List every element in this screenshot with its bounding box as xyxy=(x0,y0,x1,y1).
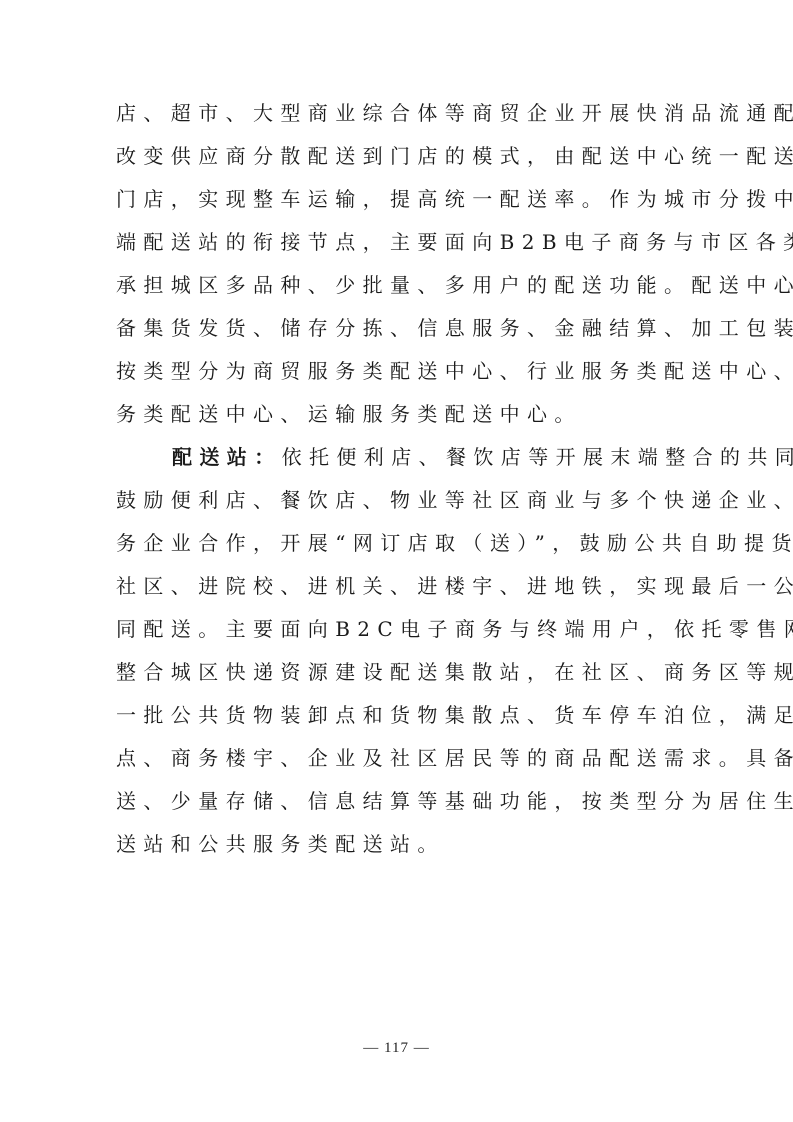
text-line: 同配送。主要面向B2C电子商务与终端用户，依托零售网点， xyxy=(116,608,678,651)
text-line: 点、商务楼宇、企业及社区居民等的商品配送需求。具备集货配 xyxy=(116,737,678,780)
text-line: 店、超市、大型商业综合体等商贸企业开展快消品流通配送服务。 xyxy=(116,92,678,135)
text-line: 社区、进院校、进机关、进楼宇、进地铁，实现最后一公里的共 xyxy=(116,565,678,608)
text-line: 门店，实现整车运输，提高统一配送率。作为城市分拨中心和末 xyxy=(116,178,678,221)
section-first-line: 依托便利店、餐饮店等开展末端整合的共同配送。 xyxy=(282,445,793,469)
text-line: 端配送站的衔接节点，主要面向B2B电子商务与市区各类企业， xyxy=(116,221,678,264)
text-line: 务企业合作，开展“网订店取（送）”，鼓励公共自助提货柜进 xyxy=(116,522,678,565)
section-heading-line: 配送站：依托便利店、餐饮店等开展末端整合的共同配送。 xyxy=(116,436,678,479)
text-line: 送站和公共服务类配送站。 xyxy=(116,823,678,866)
text-line: 承担城区多品种、少批量、多用户的配送功能。配送中心主要具 xyxy=(116,264,678,307)
text-line: 备集货发货、储存分拣、信息服务、金融结算、加工包装等功能， xyxy=(116,307,678,350)
text-line: 鼓励便利店、餐饮店、物业等社区商业与多个快递企业、电子商 xyxy=(116,479,678,522)
text-line: 务类配送中心、运输服务类配送中心。 xyxy=(116,393,678,436)
document-page: 店、超市、大型商业综合体等商贸企业开展快消品流通配送服务。 改变供应商分散配送到… xyxy=(0,0,793,1122)
text-line: 按类型分为商贸服务类配送中心、行业服务类配送中心、工业服 xyxy=(116,350,678,393)
text-line: 整合城区快递资源建设配送集散站，在社区、商务区等规划设置 xyxy=(116,651,678,694)
text-line: 一批公共货物装卸点和货物集散点、货车停车泊位，满足商业网 xyxy=(116,694,678,737)
text-line: 改变供应商分散配送到门店的模式，由配送中心统一配送至末端 xyxy=(116,135,678,178)
section-heading: 配送站： xyxy=(172,445,282,469)
text-line: 送、少量存储、信息结算等基础功能，按类型分为居住生活类配 xyxy=(116,780,678,823)
body-text: 店、超市、大型商业综合体等商贸企业开展快消品流通配送服务。 改变供应商分散配送到… xyxy=(116,92,678,866)
page-number: — 117 — xyxy=(0,1040,793,1057)
